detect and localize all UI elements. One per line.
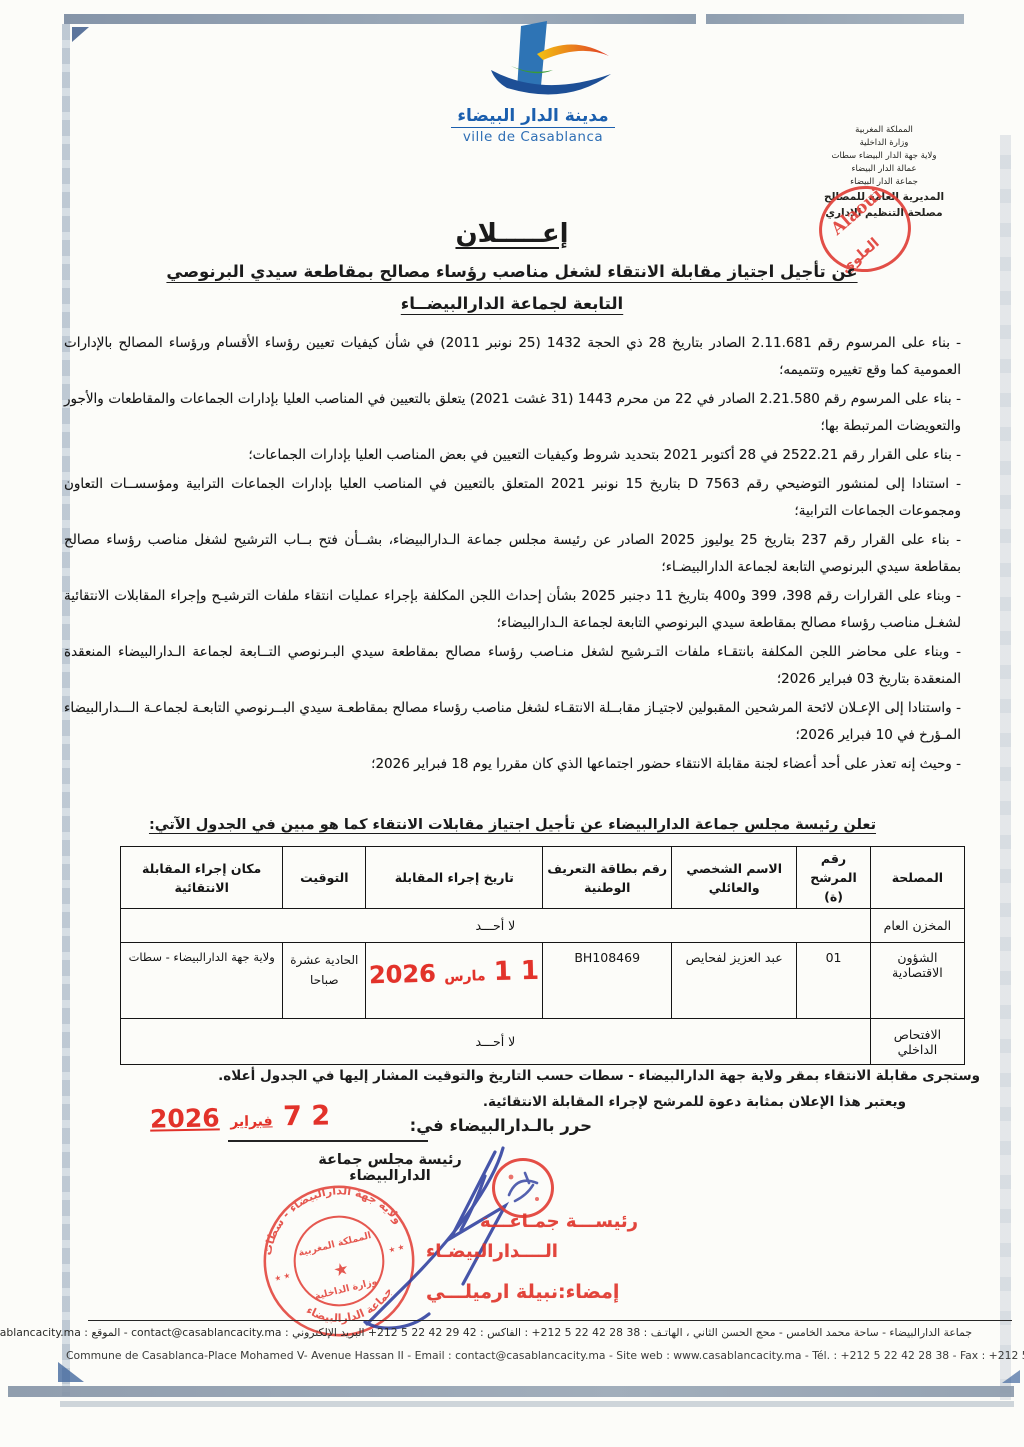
logo-latin-name: ville de Casablanca — [428, 129, 638, 145]
stamp-title-city: الــــدارالبيضـاء — [426, 1241, 558, 1262]
corner-fold-icon — [58, 1362, 84, 1382]
legal-reference: - بناء على المرسوم رقم 2.11.681 الصادر ب… — [64, 330, 961, 384]
cell-interview-date: 1 1 مارس 2026 — [366, 943, 543, 1019]
star-icon: ★ ★ — [273, 1271, 291, 1284]
legal-reference: - وحيث إنه تعذر على أحد أعضاء لجنة مقابل… — [64, 751, 961, 778]
cell-candidate-number: 01 — [797, 943, 870, 1019]
gov-line: المملكة المغربية — [794, 124, 974, 137]
date-stamp-day: 1 1 — [494, 956, 540, 987]
date-stamp-day: 2 7 — [283, 1100, 331, 1132]
col-candidate-number: رقم المرشح (ة) — [797, 847, 870, 909]
col-full-name: الاسم الشخصي والعائلي — [672, 847, 797, 909]
legal-reference: - واستنادا إلى الإعـلان لائحة المرشحين ا… — [64, 695, 961, 749]
corner-fold-icon — [1002, 1370, 1020, 1383]
note-location: وستجرى مقابلة الانتقاء بمقر ولاية جهة ال… — [100, 1068, 980, 1084]
legal-reference: - وبناء على القرارات رقم 398، 399 و400 ب… — [64, 583, 961, 637]
date-stamp-month: فبراير — [230, 1113, 273, 1130]
signer-name: إمضاء:نبيلة ارميلـــي — [426, 1281, 619, 1303]
col-national-id: رقم بطاقة التعريف الوطنية — [543, 847, 672, 909]
col-service: المصلحة — [870, 847, 964, 909]
legal-reference: - بناء على المرسوم رقم 2.21.580 الصادر ف… — [64, 386, 961, 440]
page-title: إعـــــلان — [0, 219, 1024, 249]
gov-line: عمالة الدار البيضاء — [794, 163, 974, 176]
initials-stamp-marks — [495, 1161, 551, 1215]
announcement-line: تعلن رئيسة مجلس جماعة الدارالبيضاء عن تأ… — [64, 817, 961, 833]
cell-nobody: لا أحـــد — [121, 1019, 871, 1065]
gov-line: ولاية جهة الدار البيضاء سطات — [794, 150, 974, 163]
scan-edge-right — [1000, 135, 1011, 1400]
legal-reference: - بناء على القرار رقم 237 بتاريخ 25 يولي… — [64, 527, 961, 581]
logo-arabic-name: مدينة الدار البيضاء — [451, 106, 614, 128]
table-row: الشؤون الاقتصادية 01 عبد العزيز لفحايص B… — [121, 943, 965, 1019]
cell-time: الحادية عشرة صباحا — [283, 943, 366, 1019]
cell-service: المخزن العام — [870, 909, 964, 943]
scan-edge-bottom-2 — [60, 1401, 1014, 1407]
table-row: الافتحاص الداخلي لا أحـــد — [121, 1019, 965, 1065]
table-row: المخزن العام لا أحـــد — [121, 909, 965, 943]
date-stamp-year: 2026 — [150, 1103, 220, 1133]
legal-reference: - وبناء على محاضر اللجن المكلفة بانتقـاء… — [64, 639, 961, 693]
col-time: التوقيت — [283, 847, 366, 909]
footer-divider — [88, 1320, 1012, 1321]
corner-fold-icon — [72, 27, 89, 42]
footer-contact-french: Commune de Casablanca-Place Mohamed V- A… — [66, 1349, 1016, 1362]
initials-stamp — [492, 1158, 554, 1218]
date-stamp-year: 2026 — [369, 959, 437, 989]
cell-nobody: لا أحـــد — [121, 909, 871, 943]
gov-line: وزارة الداخلية — [794, 137, 974, 150]
gov-line: جماعة الدار البيضاء — [794, 176, 974, 189]
footer-contact-arabic: جماعة الدارالبيضاء - ساحة محمد الخامس - … — [56, 1326, 972, 1339]
legal-reference: - بناء على القرار رقم 2522.21 في 28 أكتو… — [64, 442, 961, 469]
city-logo: مدينة الدار البيضاء ville de Casablanca — [428, 18, 638, 145]
legal-reference: - استنادا إلى لمنشور التوضيحي رقم D 7563… — [64, 471, 961, 525]
drawn-at-label: حرر بالـدارالبيضاء في: — [410, 1116, 592, 1135]
col-interview-date: تاريخ إجراء المقابلة — [366, 847, 543, 909]
col-interview-place: مكان إجراء المقابلة الانتقائية — [121, 847, 283, 909]
cell-full-name: عبد العزيز لفحايص — [672, 943, 797, 1019]
page-subtitle-2: التابعة لجماعة الدارالبيضــاء — [60, 294, 964, 313]
table-header-row: المصلحة رقم المرشح (ة) الاسم الشخصي والع… — [121, 847, 965, 909]
date-stamp-month: مارس — [444, 968, 486, 985]
legal-references: - بناء على المرسوم رقم 2.11.681 الصادر ب… — [64, 330, 961, 780]
document-page: مدينة الدار البيضاء ville de Casablanca … — [0, 0, 1024, 1447]
casablanca-logo-icon — [433, 18, 633, 102]
closing-date-stamp: 2 7 فبراير 2026 — [150, 1100, 331, 1134]
page-subtitle-1: عن تأجيل اجتياز مقابلة الانتقاء لشغل منا… — [60, 262, 964, 281]
schedule-table: المصلحة رقم المرشح (ة) الاسم الشخصي والع… — [120, 846, 965, 1065]
cell-national-id: BH108469 — [543, 943, 672, 1019]
cell-interview-place: ولاية جهة الدارالبيضاء - سطات — [121, 943, 283, 1019]
scan-edge-top-gap — [696, 13, 706, 26]
stamp-title-president: رئيســـة جمـاعـــة — [480, 1211, 638, 1232]
cell-service: الشؤون الاقتصادية — [870, 943, 964, 1019]
scan-edge-bottom — [8, 1386, 1014, 1397]
date-stamp: 1 1 مارس 2026 — [369, 956, 540, 990]
cell-service: الافتحاص الداخلي — [870, 1019, 964, 1065]
